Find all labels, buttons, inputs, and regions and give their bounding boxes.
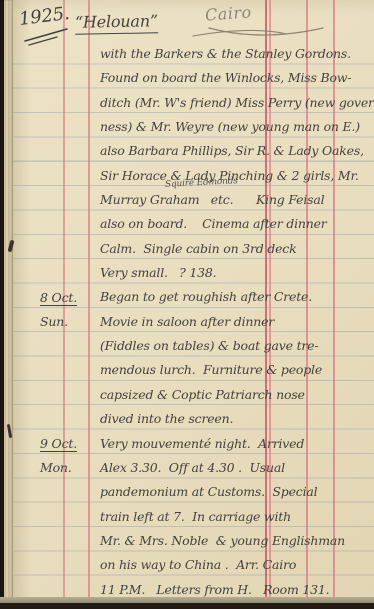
entry-day: Sun.	[40, 310, 98, 334]
entry-date: 9 Oct.	[40, 432, 98, 456]
entry-line: dived into the screen.	[13, 407, 374, 431]
entry-line: train left at 7. In carriage with	[13, 505, 374, 529]
entry-line: Calm. Single cabin on 3rd deck	[13, 237, 374, 261]
entry-line: Murray Graham etc. King Feisal	[13, 188, 374, 212]
page-bottom-shadow	[0, 603, 374, 609]
diary-page-photo: 1925. “Helouan” Cairo Squire Edmondswith…	[0, 0, 374, 609]
entry-date: 8 Oct.	[40, 286, 98, 310]
entry-line: mendous lurch. Furniture & people	[13, 358, 374, 382]
entry-line: (Fiddles on tables) & boat gave tre-	[13, 334, 374, 358]
diary-entries: Squire Edmondswith the Barkers & the Sta…	[13, 42, 374, 602]
entry-line: ness) & Mr. Weyre (new young man on E.)	[13, 115, 374, 139]
page-header: 1925. “Helouan” Cairo	[13, 0, 374, 44]
page-title: “Helouan”	[75, 11, 158, 34]
entry-line: ditch (Mr. W's friend) Miss Perry (new g…	[13, 91, 374, 115]
entry-line: Found on board the Winlocks, Miss Bow-	[13, 66, 374, 90]
location-flourish	[191, 22, 331, 44]
entry-line: also Barbara Phillips, Sir R. & Lady Oak…	[13, 139, 374, 163]
entry-day: Mon.	[40, 456, 98, 480]
entry-line: with the Barkers & the Stanley Gordons.	[13, 42, 374, 66]
entry-line: also on board. Cinema after dinner	[13, 212, 374, 236]
entry-line: on his way to China . Arr. Cairo	[13, 553, 374, 577]
entry-line: pandemonium at Customs. Special	[13, 480, 374, 504]
entry-line: Mr. & Mrs. Noble & young Englishman	[13, 529, 374, 553]
entry-line: capsized & Coptic Patriarch nose	[13, 383, 374, 407]
entry-line: Very small. ? 138.	[13, 261, 374, 285]
